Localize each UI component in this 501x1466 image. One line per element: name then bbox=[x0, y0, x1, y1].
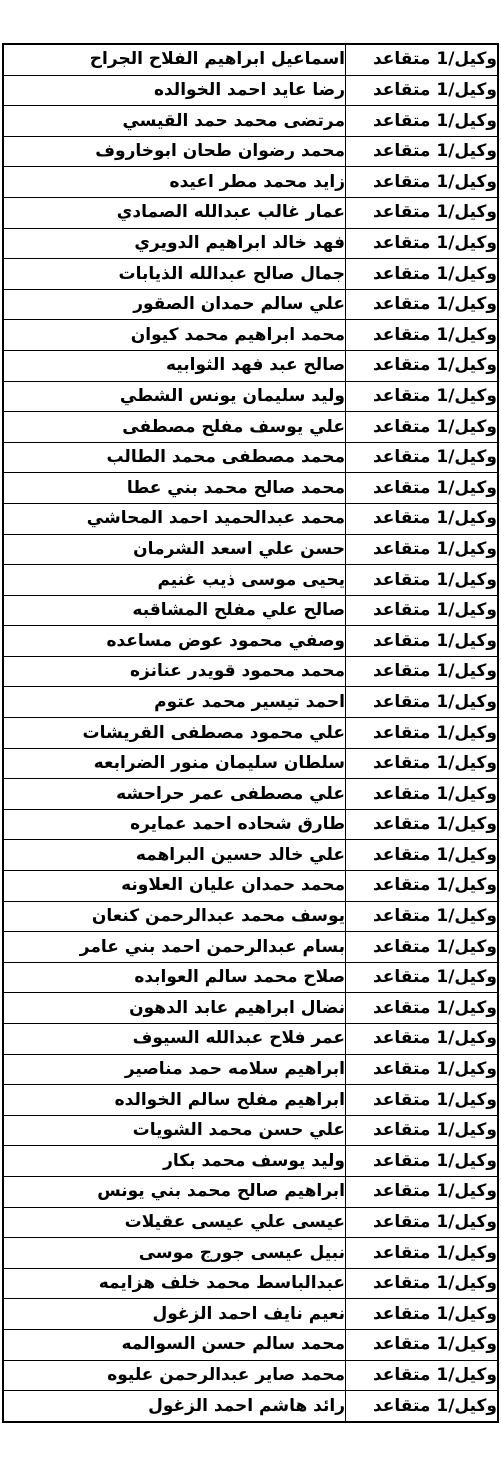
table-row: وكيل/1 متقاعد ابراهيم صالح محمد بني يونس bbox=[3, 1176, 498, 1207]
rank-cell: وكيل/1 متقاعد bbox=[346, 840, 499, 871]
name-cell: نعيم نايف احمد الزغول bbox=[3, 1299, 346, 1330]
name-cell: محمد ابراهيم محمد كيوان bbox=[3, 320, 346, 351]
rank-cell: وكيل/1 متقاعد bbox=[346, 1176, 499, 1207]
name-cell: عبدالباسط محمد خلف هزايمه bbox=[3, 1268, 346, 1299]
rank-cell: وكيل/1 متقاعد bbox=[346, 106, 499, 137]
rank-cell: وكيل/1 متقاعد bbox=[346, 1054, 499, 1085]
rank-cell: وكيل/1 متقاعد bbox=[346, 1360, 499, 1391]
name-cell: رضا عايد احمد الخوالده bbox=[3, 75, 346, 106]
name-cell: فهد خالد ابراهيم الدويري bbox=[3, 228, 346, 259]
name-cell: عمار غالب عبدالله الصمادي bbox=[3, 197, 346, 228]
table-row: وكيل/1 متقاعد فهد خالد ابراهيم الدويري bbox=[3, 228, 498, 259]
table-row: وكيل/1 متقاعد علي حسن محمد الشويات bbox=[3, 1115, 498, 1146]
table-row: وكيل/1 متقاعد رضا عايد احمد الخوالده bbox=[3, 75, 498, 106]
rank-cell: وكيل/1 متقاعد bbox=[346, 656, 499, 687]
rank-cell: وكيل/1 متقاعد bbox=[346, 75, 499, 106]
table-row: وكيل/1 متقاعد عمار غالب عبدالله الصمادي bbox=[3, 197, 498, 228]
name-cell: محمد محمود قويدر عنانزه bbox=[3, 656, 346, 687]
table-row: وكيل/1 متقاعد صلاح محمد سالم العوابده bbox=[3, 962, 498, 993]
name-cell: يحيى موسى ذيب غنيم bbox=[3, 565, 346, 596]
rank-cell: وكيل/1 متقاعد bbox=[346, 289, 499, 320]
rank-cell: وكيل/1 متقاعد bbox=[346, 871, 499, 902]
roster-table-body: وكيل/1 متقاعد اسماعيل ابراهيم الفلاح الج… bbox=[3, 44, 498, 1422]
table-row: وكيل/1 متقاعد علي مصطفى عمر حراحشه bbox=[3, 779, 498, 810]
rank-cell: وكيل/1 متقاعد bbox=[346, 381, 499, 412]
rank-cell: وكيل/1 متقاعد bbox=[346, 503, 499, 534]
rank-cell: وكيل/1 متقاعد bbox=[346, 320, 499, 351]
name-cell: ابراهيم صالح محمد بني يونس bbox=[3, 1176, 346, 1207]
table-row: وكيل/1 متقاعد اسماعيل ابراهيم الفلاح الج… bbox=[3, 44, 498, 75]
rank-cell: وكيل/1 متقاعد bbox=[346, 1299, 499, 1330]
table-row: وكيل/1 متقاعد محمد محمود قويدر عنانزه bbox=[3, 656, 498, 687]
rank-cell: وكيل/1 متقاعد bbox=[346, 1238, 499, 1269]
name-cell: سلطان سليمان منور الضرابعه bbox=[3, 748, 346, 779]
table-row: وكيل/1 متقاعد وليد سليمان يونس الشطي bbox=[3, 381, 498, 412]
rank-cell: وكيل/1 متقاعد bbox=[346, 779, 499, 810]
rank-cell: وكيل/1 متقاعد bbox=[346, 197, 499, 228]
name-cell: بسام عبدالرحمن احمد بني عامر bbox=[3, 932, 346, 963]
table-row: وكيل/1 متقاعد احمد تيسير محمد عتوم bbox=[3, 687, 498, 718]
name-cell: محمد عبدالحميد احمد المحاشي bbox=[3, 503, 346, 534]
table-row: وكيل/1 متقاعد ابراهيم مفلح سالم الخوالده bbox=[3, 1085, 498, 1116]
rank-cell: وكيل/1 متقاعد bbox=[346, 1146, 499, 1177]
rank-cell: وكيل/1 متقاعد bbox=[346, 534, 499, 565]
table-row: وكيل/1 متقاعد وصفي محمود عوض مساعده bbox=[3, 626, 498, 657]
name-cell: محمد صاير عبدالرحمن عليوه bbox=[3, 1360, 346, 1391]
rank-cell: وكيل/1 متقاعد bbox=[346, 809, 499, 840]
retiree-roster-table: وكيل/1 متقاعد اسماعيل ابراهيم الفلاح الج… bbox=[2, 43, 499, 1423]
table-row: وكيل/1 متقاعد عيسى علي عيسى عقيلات bbox=[3, 1207, 498, 1238]
name-cell: محمد حمدان عليان العلاونه bbox=[3, 871, 346, 902]
rank-cell: وكيل/1 متقاعد bbox=[346, 1268, 499, 1299]
rank-cell: وكيل/1 متقاعد bbox=[346, 1024, 499, 1055]
table-row: وكيل/1 متقاعد زايد محمد مطر اعيده bbox=[3, 167, 498, 198]
table-row: وكيل/1 متقاعد محمد عبدالحميد احمد المحاش… bbox=[3, 503, 498, 534]
table-row: وكيل/1 متقاعد محمد صالح محمد بني عطا bbox=[3, 473, 498, 504]
rank-cell: وكيل/1 متقاعد bbox=[346, 167, 499, 198]
rank-cell: وكيل/1 متقاعد bbox=[346, 626, 499, 657]
name-cell: وليد سليمان يونس الشطي bbox=[3, 381, 346, 412]
name-cell: علي خالد حسين البراهمه bbox=[3, 840, 346, 871]
table-row: وكيل/1 متقاعد يوسف محمد عبدالرحمن كنعان bbox=[3, 901, 498, 932]
table-row: وكيل/1 متقاعد ابراهيم سلامه حمد مناصير bbox=[3, 1054, 498, 1085]
table-row: وكيل/1 متقاعد صالح علي مفلح المشاقبه bbox=[3, 595, 498, 626]
table-row: وكيل/1 متقاعد علي محمود مصطفى القريشات bbox=[3, 718, 498, 749]
name-cell: علي حسن محمد الشويات bbox=[3, 1115, 346, 1146]
name-cell: عيسى علي عيسى عقيلات bbox=[3, 1207, 346, 1238]
rank-cell: وكيل/1 متقاعد bbox=[346, 259, 499, 290]
rank-cell: وكيل/1 متقاعد bbox=[346, 901, 499, 932]
rank-cell: وكيل/1 متقاعد bbox=[346, 350, 499, 381]
rank-cell: وكيل/1 متقاعد bbox=[346, 687, 499, 718]
table-row: وكيل/1 متقاعد عبدالباسط محمد خلف هزايمه bbox=[3, 1268, 498, 1299]
name-cell: محمد صالح محمد بني عطا bbox=[3, 473, 346, 504]
name-cell: صلاح محمد سالم العوابده bbox=[3, 962, 346, 993]
table-row: وكيل/1 متقاعد رائد هاشم احمد الزغول bbox=[3, 1391, 498, 1422]
name-cell: طارق شحاده احمد عمايره bbox=[3, 809, 346, 840]
rank-cell: وكيل/1 متقاعد bbox=[346, 595, 499, 626]
name-cell: علي محمود مصطفى القريشات bbox=[3, 718, 346, 749]
name-cell: وليد يوسف محمد بكار bbox=[3, 1146, 346, 1177]
rank-cell: وكيل/1 متقاعد bbox=[346, 1207, 499, 1238]
table-row: وكيل/1 متقاعد عمر فلاح عبدالله السيوف bbox=[3, 1024, 498, 1055]
name-cell: محمد سالم حسن السوالمه bbox=[3, 1329, 346, 1360]
name-cell: حسن علي اسعد الشرمان bbox=[3, 534, 346, 565]
rank-cell: وكيل/1 متقاعد bbox=[346, 962, 499, 993]
name-cell: محمد رضوان طحان ابوخاروف bbox=[3, 136, 346, 167]
name-cell: عمر فلاح عبدالله السيوف bbox=[3, 1024, 346, 1055]
name-cell: اسماعيل ابراهيم الفلاح الجراح bbox=[3, 44, 346, 75]
name-cell: علي سالم حمدان الصقور bbox=[3, 289, 346, 320]
table-row: وكيل/1 متقاعد سلطان سليمان منور الضرابعه bbox=[3, 748, 498, 779]
rank-cell: وكيل/1 متقاعد bbox=[346, 1329, 499, 1360]
rank-cell: وكيل/1 متقاعد bbox=[346, 136, 499, 167]
table-row: وكيل/1 متقاعد يحيى موسى ذيب غنيم bbox=[3, 565, 498, 596]
name-cell: محمد مصطفى محمد الطالب bbox=[3, 442, 346, 473]
table-row: وكيل/1 متقاعد محمد صاير عبدالرحمن عليوه bbox=[3, 1360, 498, 1391]
table-row: وكيل/1 متقاعد نبيل عيسى جورج موسى bbox=[3, 1238, 498, 1269]
rank-cell: وكيل/1 متقاعد bbox=[346, 748, 499, 779]
rank-cell: وكيل/1 متقاعد bbox=[346, 932, 499, 963]
table-row: وكيل/1 متقاعد محمد حمدان عليان العلاونه bbox=[3, 871, 498, 902]
rank-cell: وكيل/1 متقاعد bbox=[346, 1115, 499, 1146]
name-cell: مرتضى محمد حمد القيسي bbox=[3, 106, 346, 137]
name-cell: علي مصطفى عمر حراحشه bbox=[3, 779, 346, 810]
document-page: وكيل/1 متقاعد اسماعيل ابراهيم الفلاح الج… bbox=[0, 0, 501, 1466]
rank-cell: وكيل/1 متقاعد bbox=[346, 993, 499, 1024]
table-row: وكيل/1 متقاعد صالح عبد فهد الثوابيه bbox=[3, 350, 498, 381]
name-cell: صالح عبد فهد الثوابيه bbox=[3, 350, 346, 381]
name-cell: صالح علي مفلح المشاقبه bbox=[3, 595, 346, 626]
name-cell: يوسف محمد عبدالرحمن كنعان bbox=[3, 901, 346, 932]
table-row: وكيل/1 متقاعد وليد يوسف محمد بكار bbox=[3, 1146, 498, 1177]
table-row: وكيل/1 متقاعد علي سالم حمدان الصقور bbox=[3, 289, 498, 320]
name-cell: نضال ابراهيم عابد الدهون bbox=[3, 993, 346, 1024]
name-cell: زايد محمد مطر اعيده bbox=[3, 167, 346, 198]
rank-cell: وكيل/1 متقاعد bbox=[346, 44, 499, 75]
table-row: وكيل/1 متقاعد حسن علي اسعد الشرمان bbox=[3, 534, 498, 565]
rank-cell: وكيل/1 متقاعد bbox=[346, 412, 499, 443]
name-cell: نبيل عيسى جورج موسى bbox=[3, 1238, 346, 1269]
name-cell: احمد تيسير محمد عتوم bbox=[3, 687, 346, 718]
name-cell: جمال صالح عبدالله الذيابات bbox=[3, 259, 346, 290]
table-row: وكيل/1 متقاعد نعيم نايف احمد الزغول bbox=[3, 1299, 498, 1330]
table-row: وكيل/1 متقاعد محمد سالم حسن السوالمه bbox=[3, 1329, 498, 1360]
rank-cell: وكيل/1 متقاعد bbox=[346, 442, 499, 473]
name-cell: علي يوسف مفلح مصطفى bbox=[3, 412, 346, 443]
rank-cell: وكيل/1 متقاعد bbox=[346, 718, 499, 749]
name-cell: ابراهيم مفلح سالم الخوالده bbox=[3, 1085, 346, 1116]
rank-cell: وكيل/1 متقاعد bbox=[346, 228, 499, 259]
table-row: وكيل/1 متقاعد محمد ابراهيم محمد كيوان bbox=[3, 320, 498, 351]
table-row: وكيل/1 متقاعد طارق شحاده احمد عمايره bbox=[3, 809, 498, 840]
table-row: وكيل/1 متقاعد علي خالد حسين البراهمه bbox=[3, 840, 498, 871]
name-cell: وصفي محمود عوض مساعده bbox=[3, 626, 346, 657]
rank-cell: وكيل/1 متقاعد bbox=[346, 1085, 499, 1116]
table-row: وكيل/1 متقاعد بسام عبدالرحمن احمد بني عا… bbox=[3, 932, 498, 963]
table-row: وكيل/1 متقاعد مرتضى محمد حمد القيسي bbox=[3, 106, 498, 137]
name-cell: ابراهيم سلامه حمد مناصير bbox=[3, 1054, 346, 1085]
rank-cell: وكيل/1 متقاعد bbox=[346, 1391, 499, 1422]
table-row: وكيل/1 متقاعد محمد مصطفى محمد الطالب bbox=[3, 442, 498, 473]
rank-cell: وكيل/1 متقاعد bbox=[346, 565, 499, 596]
table-row: وكيل/1 متقاعد محمد رضوان طحان ابوخاروف bbox=[3, 136, 498, 167]
table-row: وكيل/1 متقاعد علي يوسف مفلح مصطفى bbox=[3, 412, 498, 443]
rank-cell: وكيل/1 متقاعد bbox=[346, 473, 499, 504]
name-cell: رائد هاشم احمد الزغول bbox=[3, 1391, 346, 1422]
table-row: وكيل/1 متقاعد نضال ابراهيم عابد الدهون bbox=[3, 993, 498, 1024]
table-row: وكيل/1 متقاعد جمال صالح عبدالله الذيابات bbox=[3, 259, 498, 290]
